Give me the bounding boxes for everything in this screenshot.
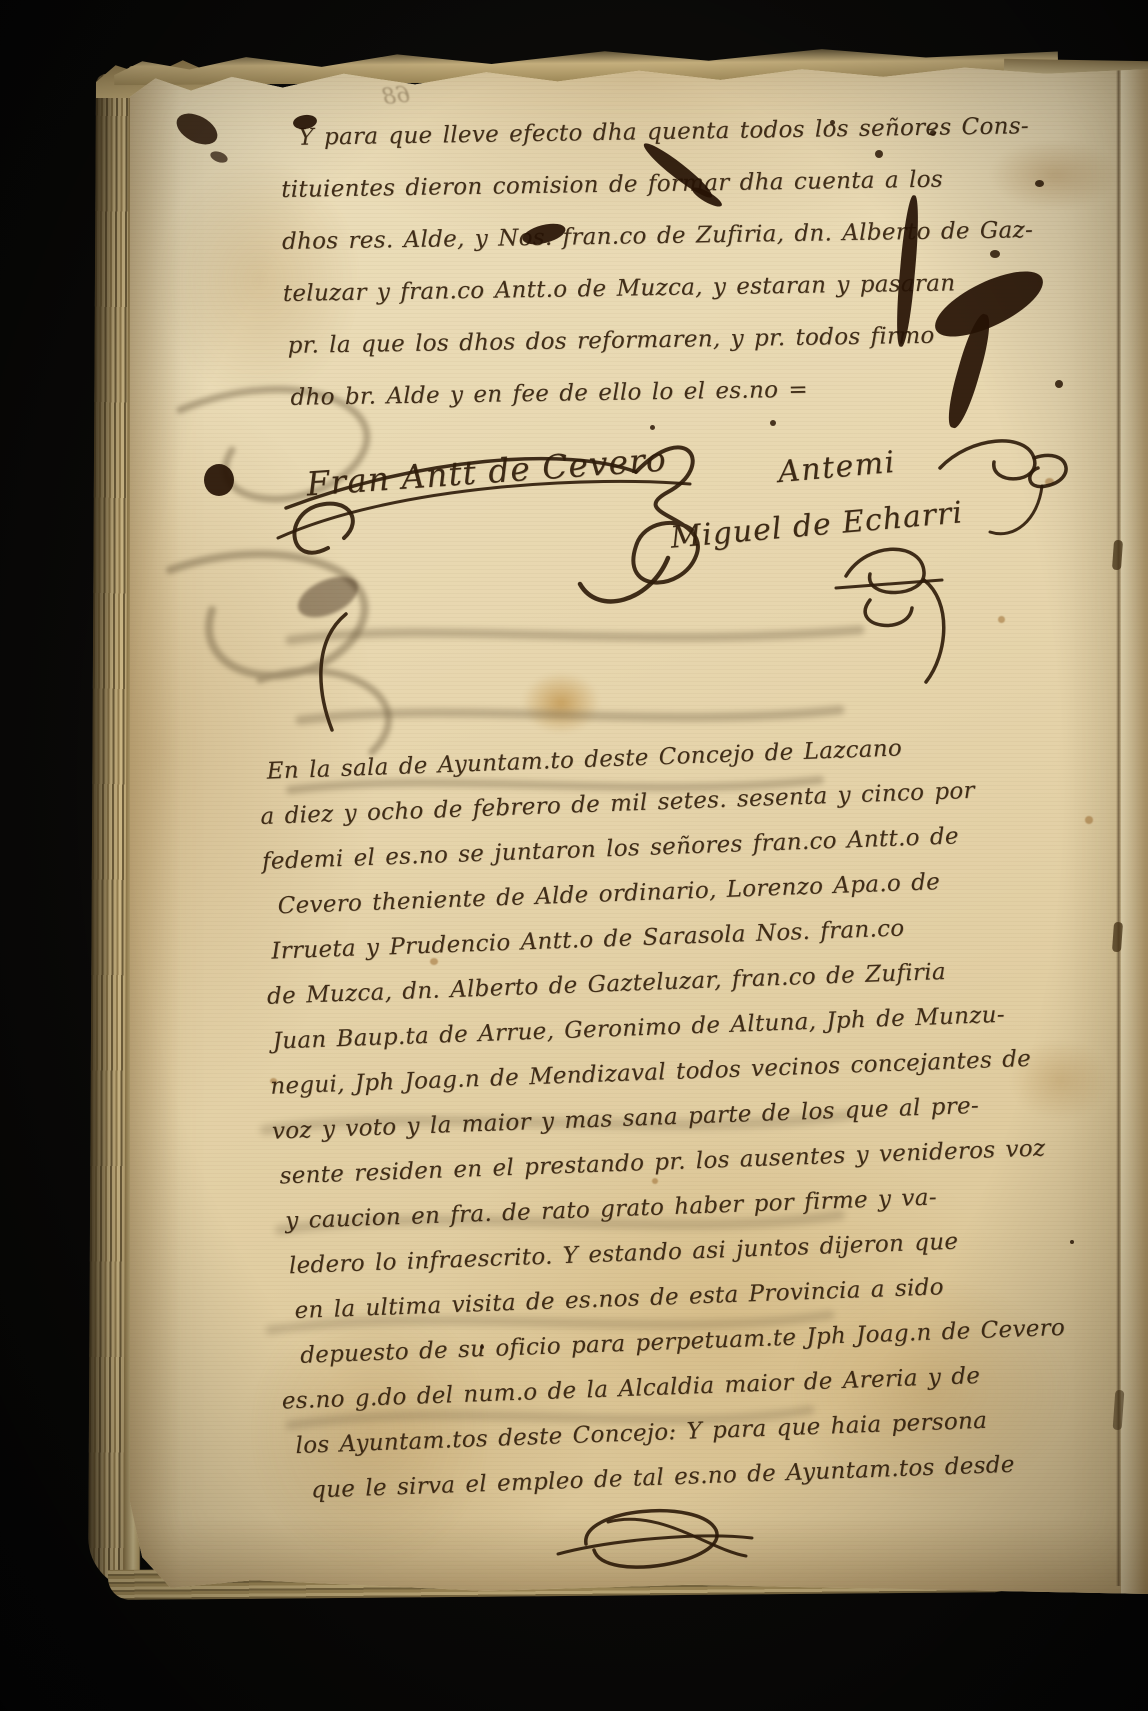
paragraph-2: En la sala de Ayuntam.to deste Concejo d… (258, 721, 1085, 1515)
ink-droplet (1035, 180, 1044, 187)
ink-blot (209, 149, 229, 165)
ink-droplet (1055, 380, 1063, 388)
ink-droplet (930, 130, 936, 136)
ink-blot (204, 464, 234, 496)
paper-stain (522, 672, 600, 734)
gutter-fold-band (1121, 60, 1148, 1594)
paragraph-opening-stroke (298, 608, 358, 738)
ink-droplet (830, 120, 835, 125)
ink-droplet (480, 1345, 484, 1349)
ink-droplet (990, 250, 1000, 258)
ink-droplet (875, 150, 883, 158)
bleedthrough-folio-number: 68 (381, 83, 411, 111)
foxing-spot (1085, 816, 1093, 824)
manuscript-page: 68 Y para que lleve efecto dha quenta to… (130, 60, 1148, 1594)
notary-rubric-flourish (830, 532, 960, 692)
foxing-spot (998, 616, 1005, 623)
gutter-fold-line (1116, 68, 1121, 1586)
ink-droplet (1070, 1240, 1074, 1244)
closing-flourish (550, 1492, 760, 1592)
ink-blot (171, 107, 222, 151)
ink-droplet (770, 420, 776, 426)
manuscript-photo: 68 Y para que lleve efecto dha quenta to… (0, 0, 1148, 1711)
ink-droplet (650, 425, 655, 430)
attestation-text: Antemi (777, 445, 897, 490)
